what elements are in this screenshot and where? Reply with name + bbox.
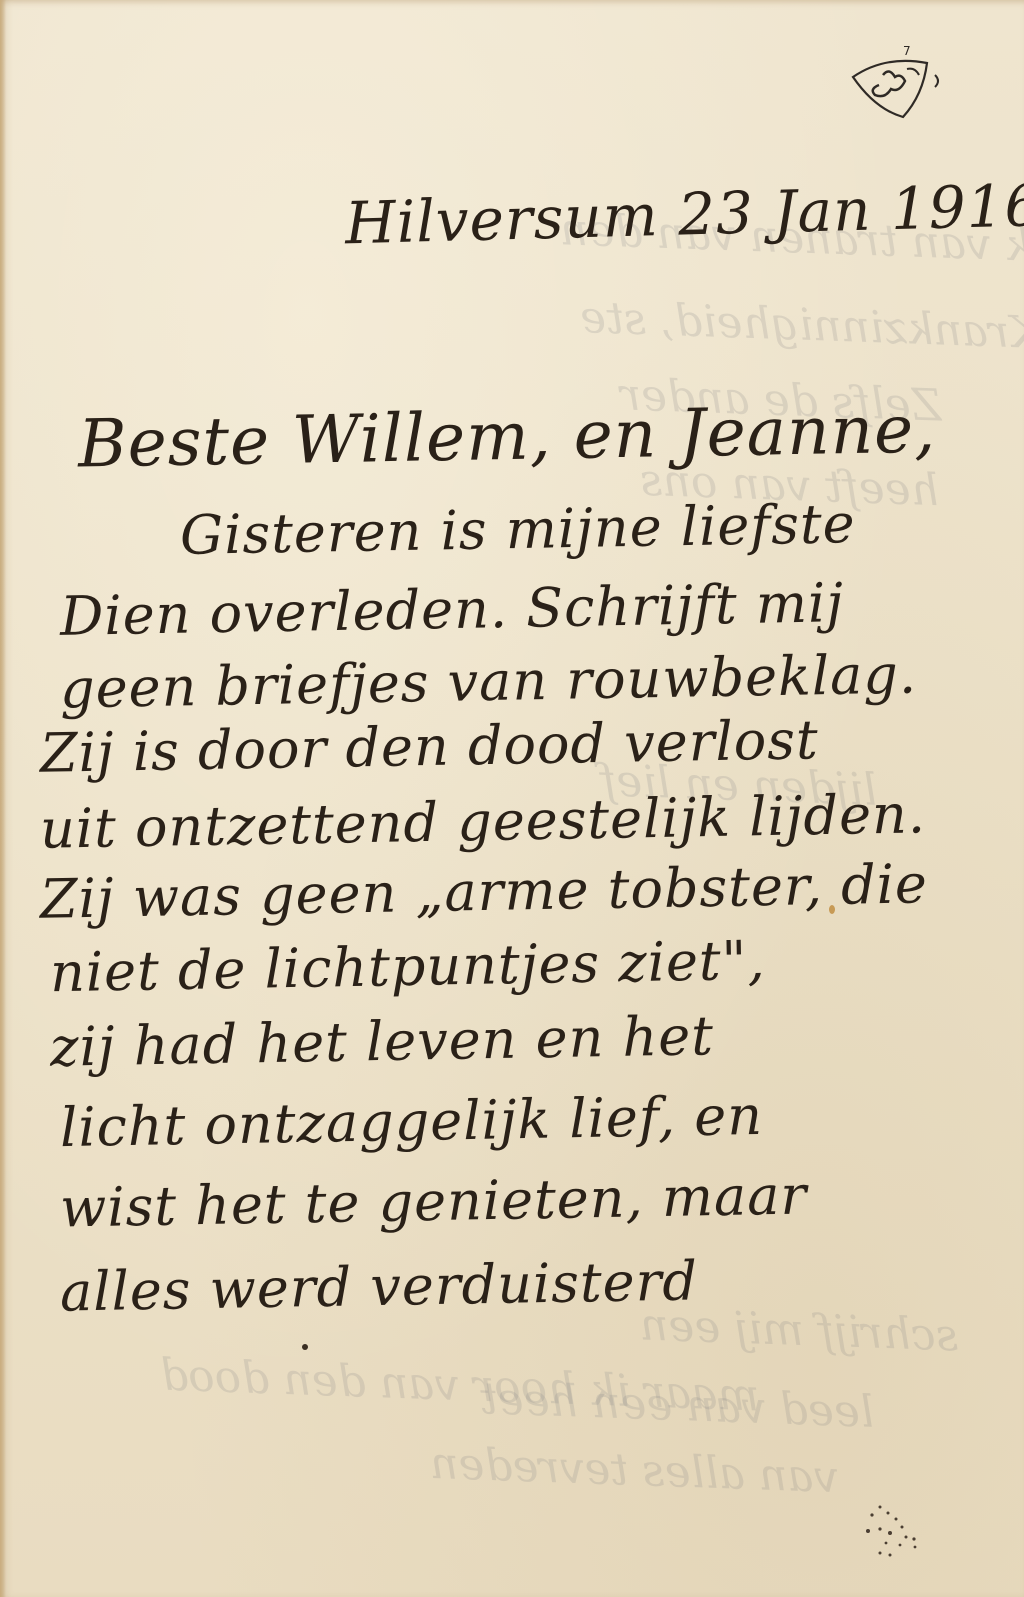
shield-stamp-icon: 7: [845, 45, 945, 125]
ink-speck: [829, 905, 835, 914]
letter-body-line: licht ontzaggelijk lief, en: [60, 1084, 764, 1159]
letter-body-line: Dien overleden. Schrijft mij: [60, 571, 845, 648]
letter-page: Gedenk van tranen van den Krankzinnighei…: [0, 0, 1024, 1597]
letter-body-line: uit ontzettend geestelijk lijden.: [40, 782, 927, 860]
bleed-through-line: Krankzinnigheid, ste: [579, 292, 1024, 359]
svg-text:7: 7: [903, 45, 911, 58]
letter-body-line: zij had het leven en het: [50, 1004, 715, 1079]
bleed-through-line: van alles tevreden: [429, 1438, 839, 1503]
letter-body-line: Zij was geen „arme tobster, die: [40, 852, 929, 930]
perforation-mark-icon: [860, 1495, 930, 1565]
bleed-through-line: maar ik hoor van den dood: [159, 1350, 760, 1422]
letter-body-line: niet de lichtpuntjes ziet",: [50, 929, 767, 1004]
letter-body-line: alles werd verduisterd: [59, 1249, 698, 1323]
letter-salutation: Beste Willem, en Jeanne,: [77, 391, 936, 483]
paper-edge-stain: [0, 0, 6, 1597]
ink-dot: [302, 1344, 308, 1350]
letter-body-line: wist het te genieten, maar: [60, 1163, 808, 1239]
letter-body-line: Gisteren is mijne liefste: [180, 492, 857, 567]
